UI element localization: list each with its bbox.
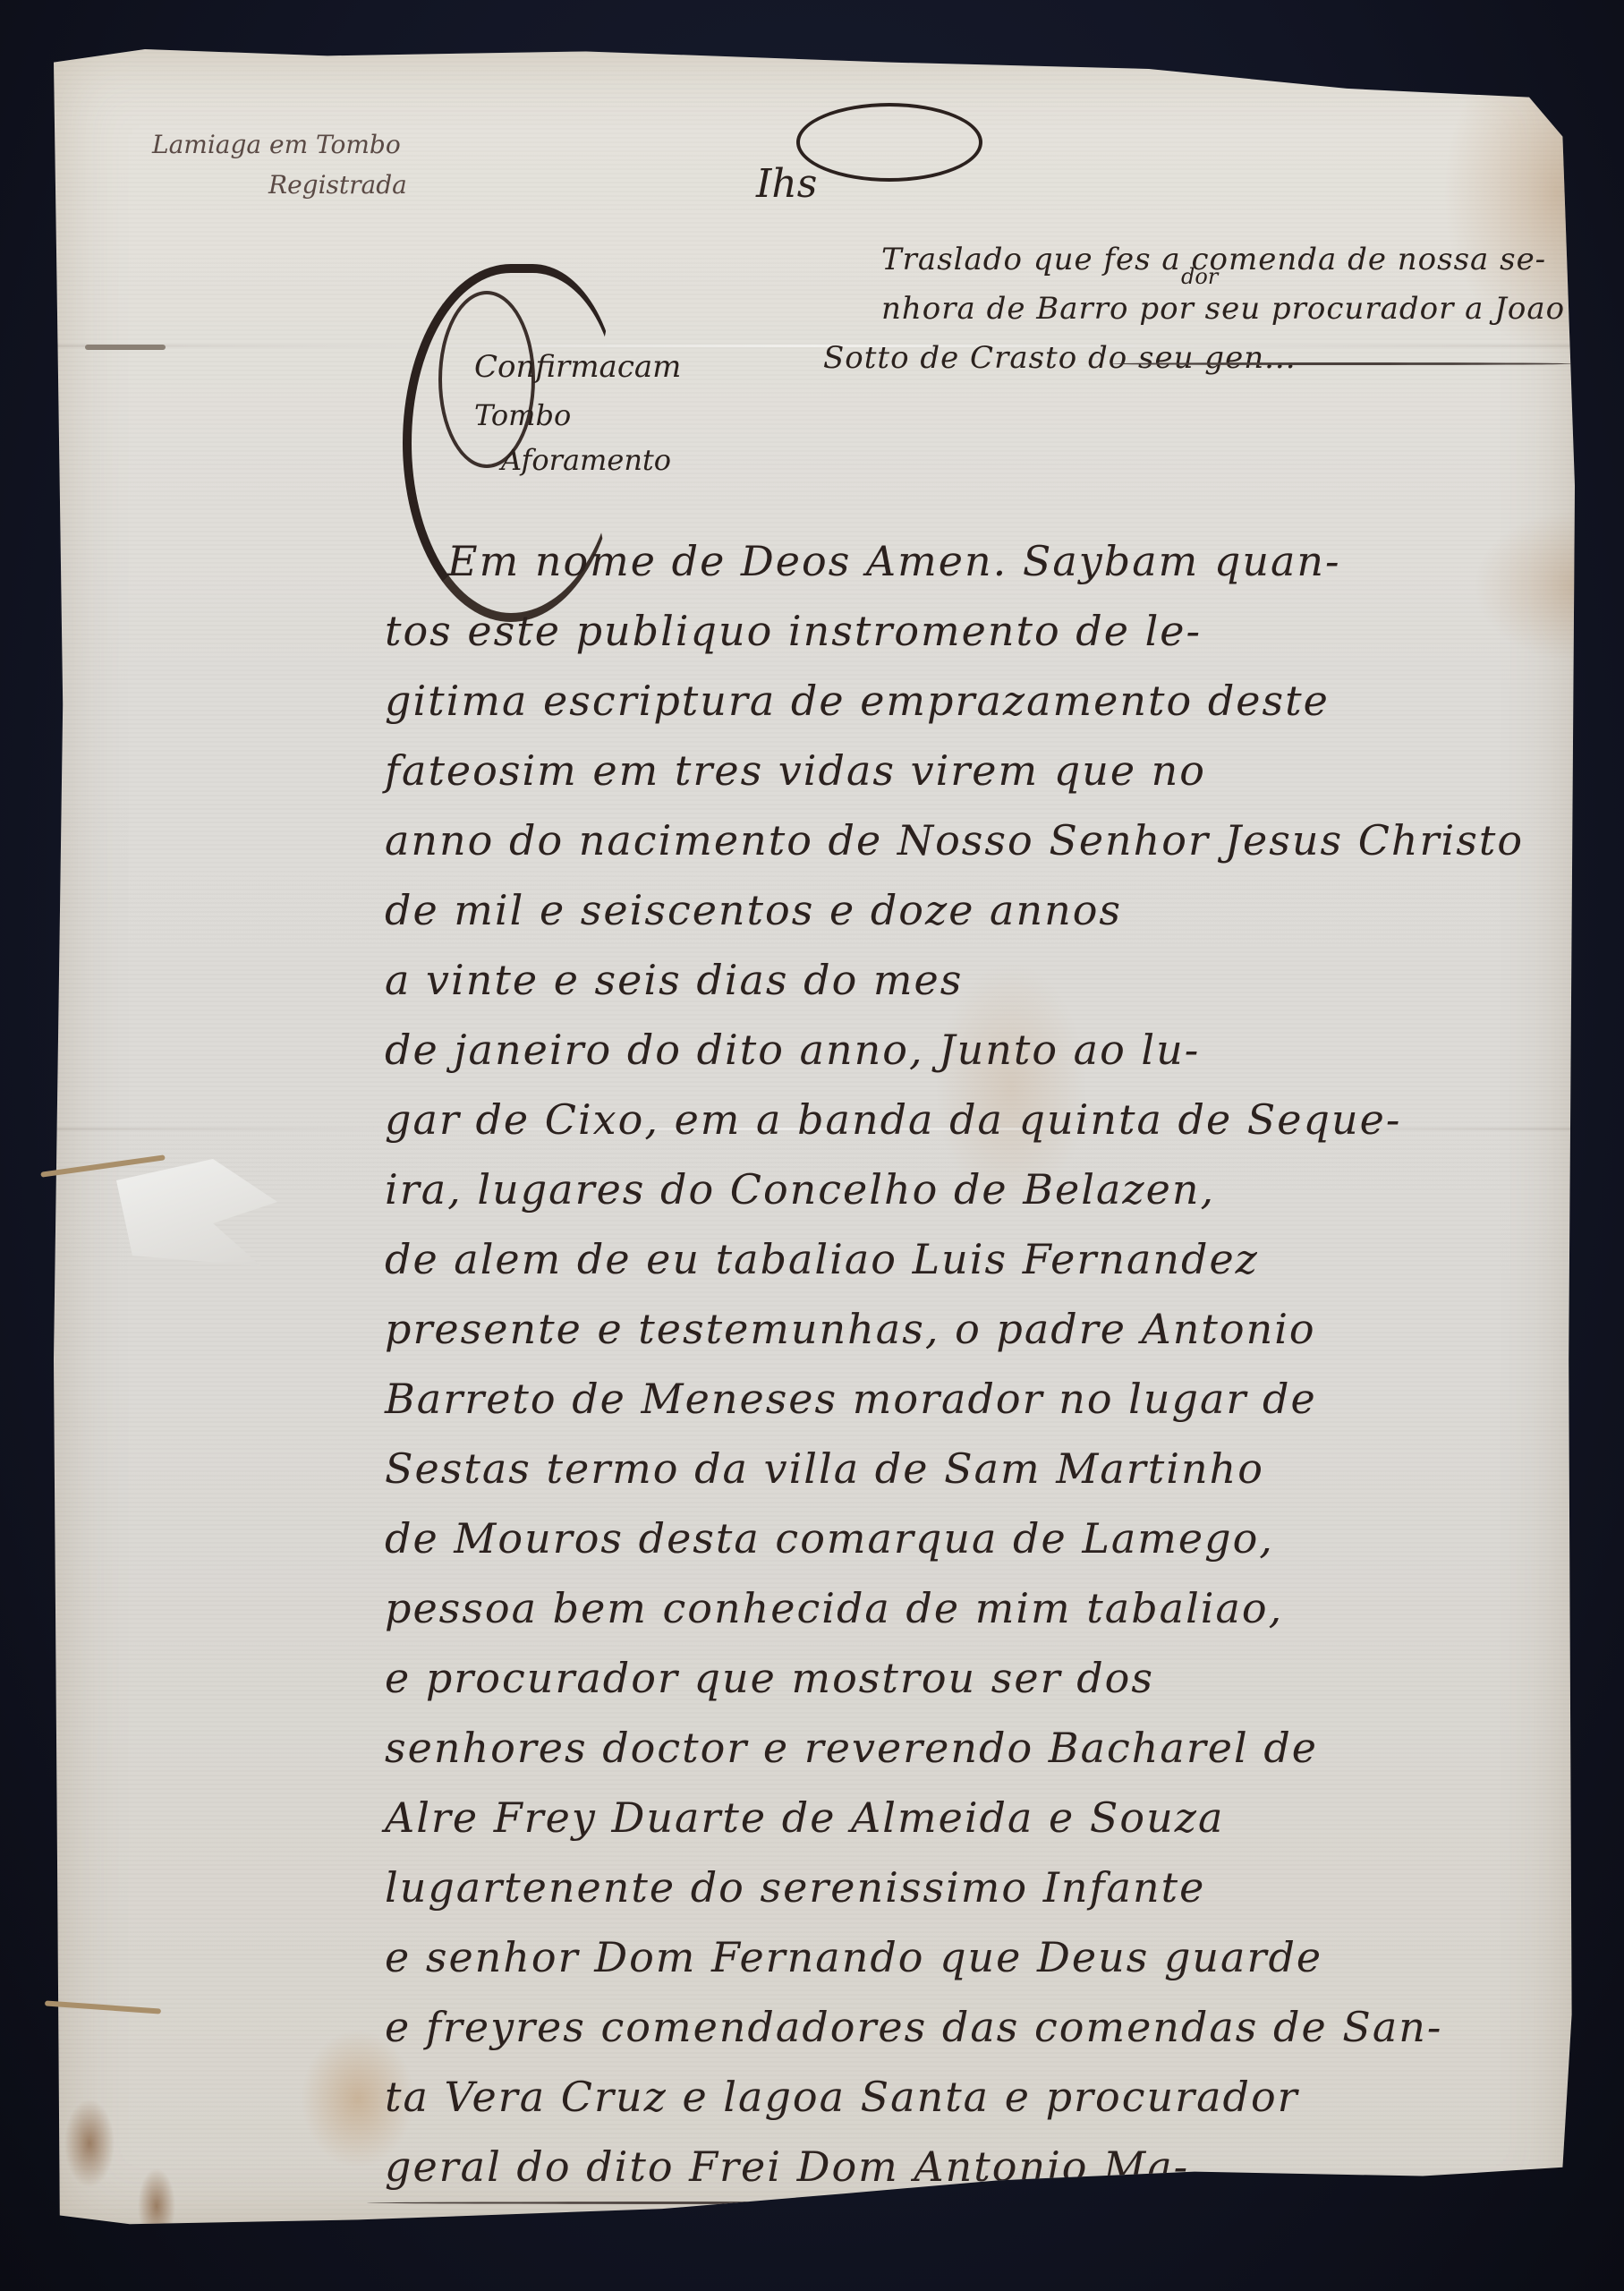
body-line: ira, lugares do Concelho de Belazen, [385,1165,1215,1214]
body-line: geral do dito Frei Dom Antonio Ma- [385,2142,1189,2191]
body-line: ta Vera Cruz e lagoa Santa e procurador [385,2073,1299,2121]
body-line: e senhor Dom Fernando que Deus guarde [385,1933,1322,1981]
body-line: e freyres comendadores das comendas de S… [385,2003,1442,2051]
margin-note-line: Lamiaga em Tombo [152,130,401,159]
body-line: de Mouros desta comarqua de Lamego, [385,1514,1274,1563]
body-line: senhores doctor e reverendo Bacharel de [385,1724,1318,1772]
heading-superscript: dor [1181,264,1218,289]
margin-note-line: Registrada [268,170,407,200]
closing-rule [367,2202,1396,2204]
body-line: Alre Frey Duarte de Almeida e Souza [385,1793,1224,1842]
body-line: Sestas termo da villa de Sam Martinho [385,1444,1264,1493]
heading-line: Sotto de Crasto do seu gen... [823,340,1297,376]
body-line: de mil e seiscentos e doze annos [385,886,1122,934]
binding-thread [85,345,166,350]
left-title-line: Aforamento [501,443,671,477]
manuscript-page: Lamiaga em Tombo Registrada Ihs Traslado… [54,49,1575,2233]
body-line: presente e testemunhas, o padre Antonio [385,1305,1316,1353]
body-line: pessoa bem conhecida de mim tabaliao, [385,1584,1283,1632]
heading-rule [1110,362,1575,365]
torn-paper-flap [116,1159,277,1266]
fold-crease [54,345,1575,347]
flourish-decoration [796,103,982,182]
body-line: a vinte e seis dias do mes [385,956,963,1004]
initial-letter: E [447,537,480,585]
body-line: Em nome de Deos Amen. Saybam quan- [447,537,1341,585]
body-line: fateosim em tres vidas virem que no [385,746,1206,795]
closing-rule [376,2219,1378,2221]
body-line: Barreto de Meneses morador no lugar de [385,1375,1317,1423]
body-line: gar de Cixo, em a banda da quinta de Seq… [385,1095,1401,1144]
body-line: anno do nacimento de Nosso Senhor Jesus … [385,816,1524,864]
body-line: lugartenente do serenissimo Infante [385,1863,1205,1912]
body-line: gitima escriptura de emprazamento deste [385,677,1330,725]
body-line: e procurador que mostrou ser dos [385,1654,1154,1702]
body-line: de alem de eu tabaliao Luis Fernandez [385,1235,1259,1283]
left-title-line: Confirmacam [474,349,681,385]
body-line: de janeiro do dito anno, Junto ao lu- [385,1026,1200,1074]
top-mark: Ihs [756,161,817,207]
body-line: tos este publiquo instromento de le- [385,607,1202,655]
heading-line: nhora de Barro por seu procurador a Joao… [881,291,1615,327]
left-title-line: Tombo [474,398,571,432]
